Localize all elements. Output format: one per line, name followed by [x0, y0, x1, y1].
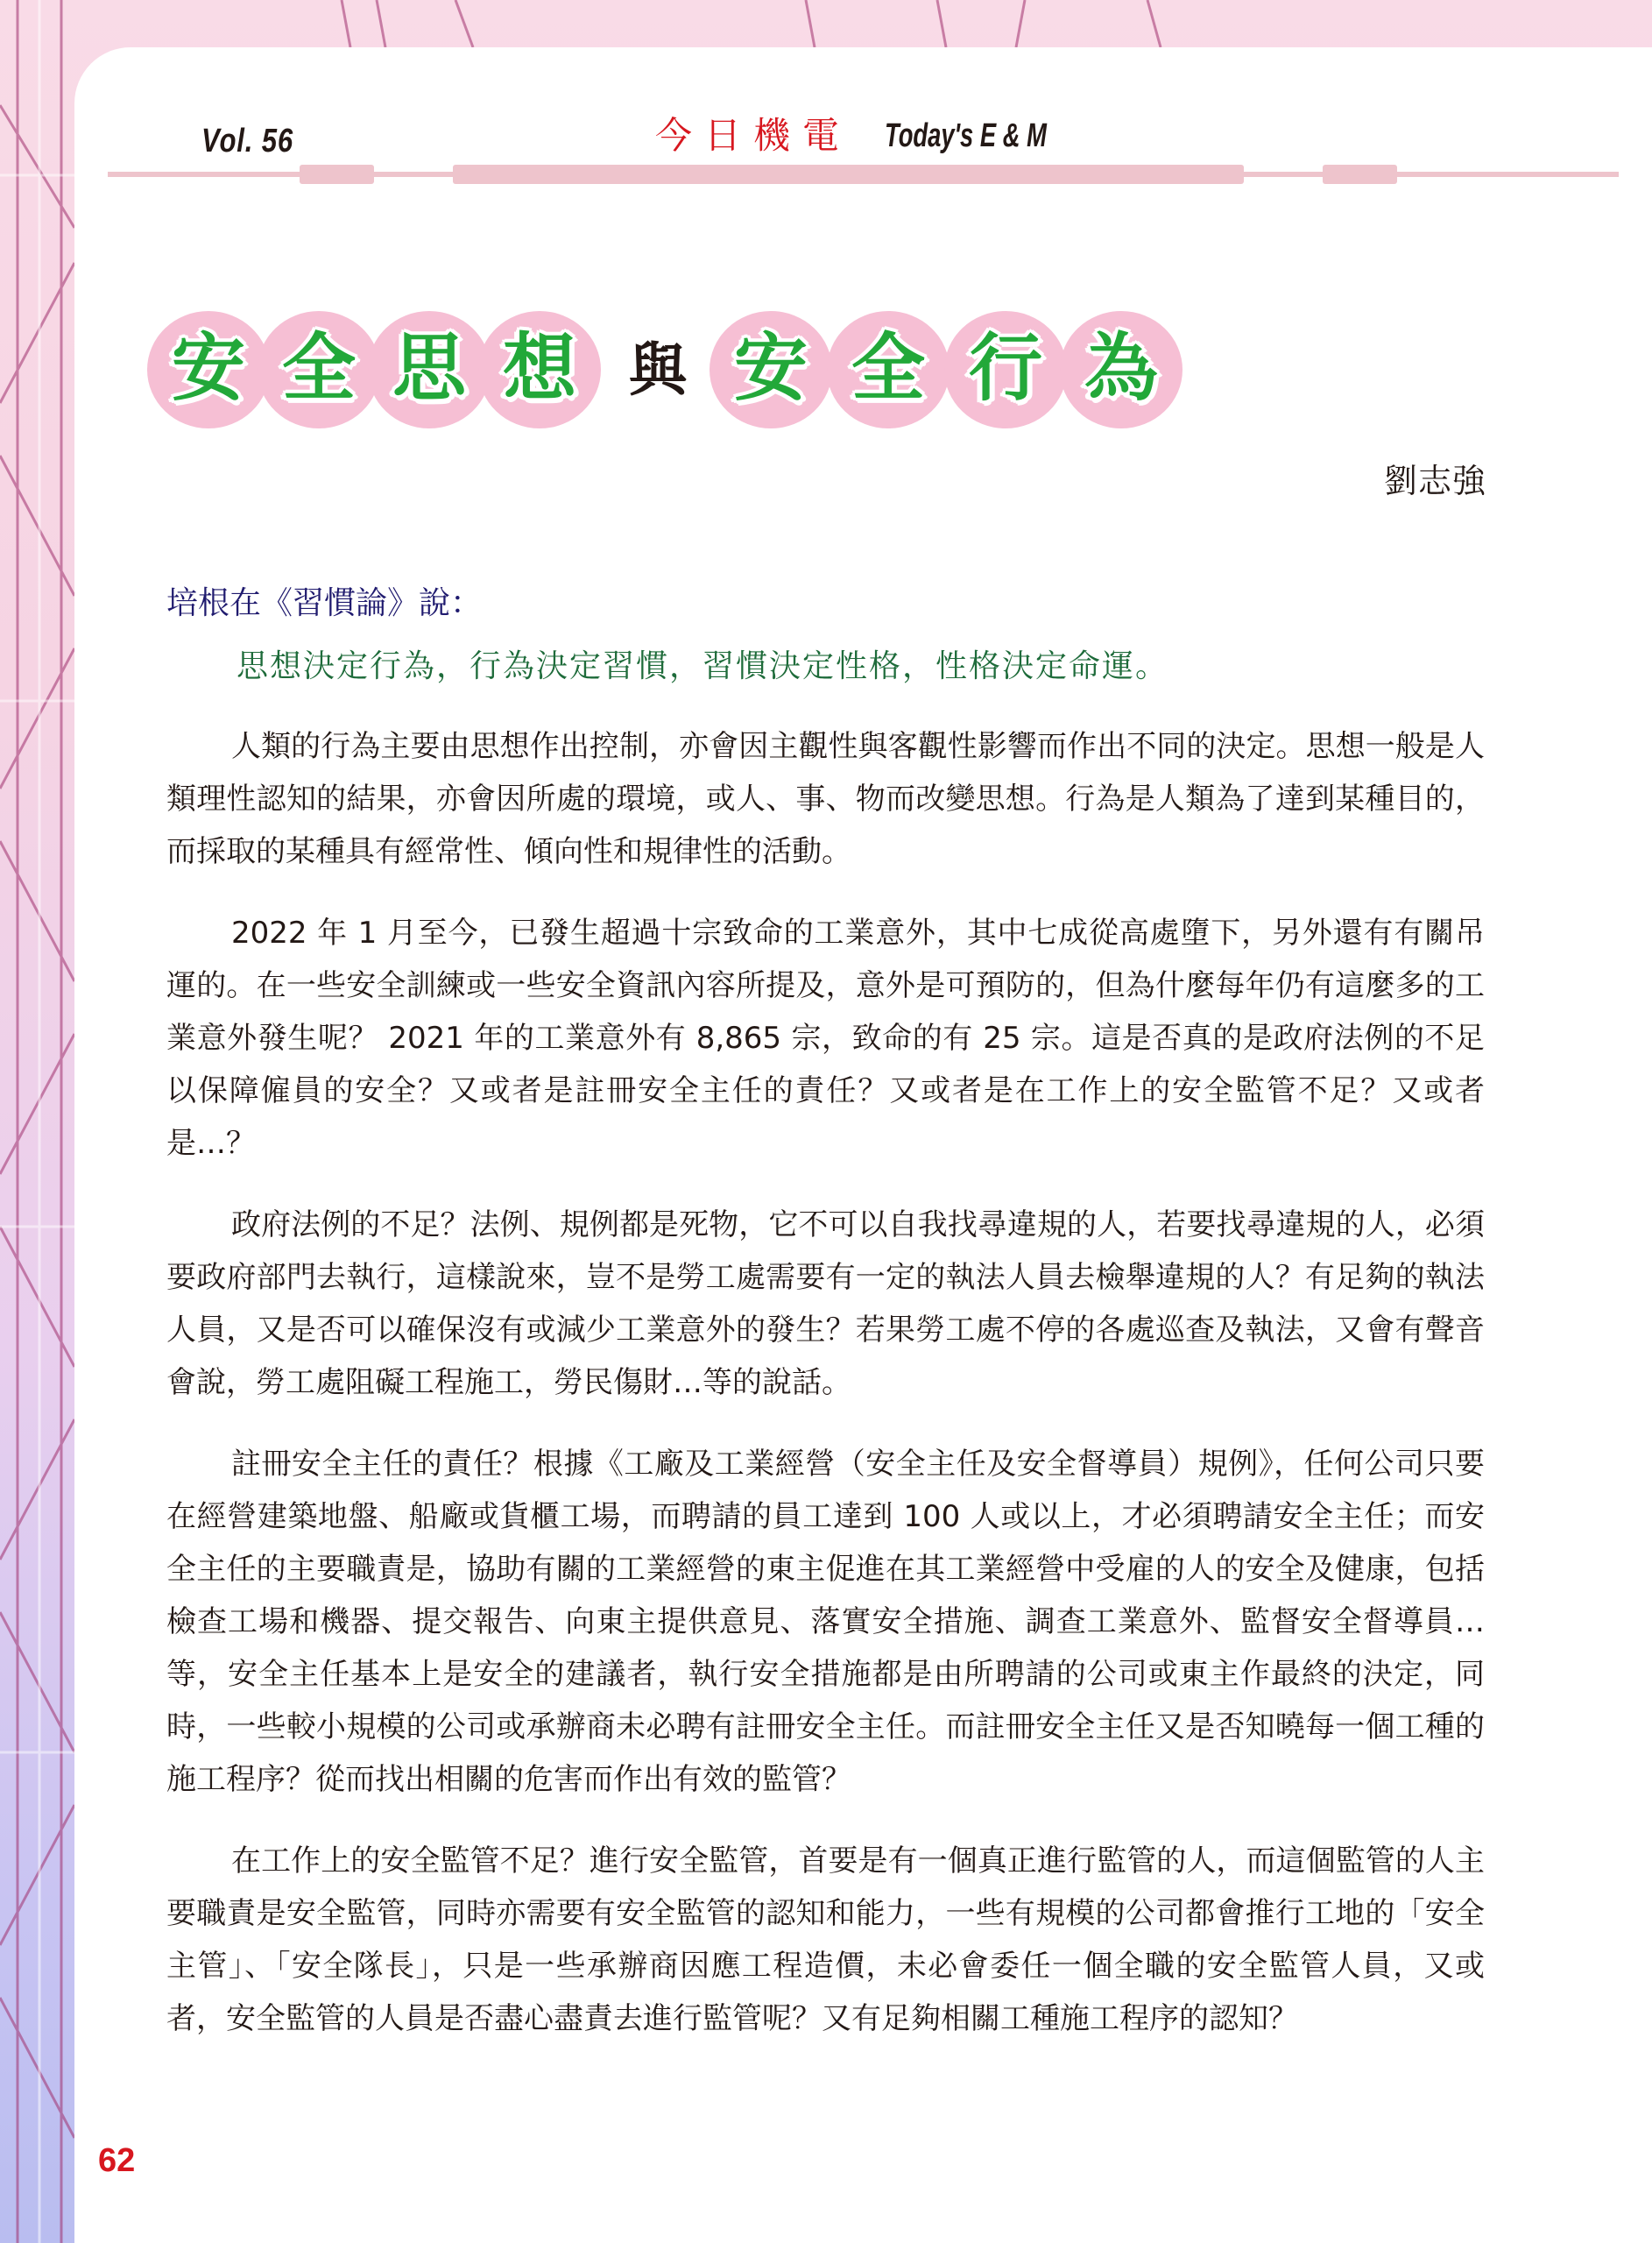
body-paragraph: 人類的行為主要由思想作出控制，亦會因主觀性與客觀性影響而作出不同的決定。思想一般… [166, 720, 1485, 878]
body-paragraph: 註冊安全主任的責任？根據《工廠及工業經營（安全主任及安全督導員）規例》，任何公司… [166, 1438, 1485, 1806]
title-char: 安 [710, 309, 832, 427]
intro-heading: 培根在《習慣論》說： [166, 578, 482, 623]
article-body: 人類的行為主要由思想作出控制，亦會因主觀性與客觀性影響而作出不同的決定。思想一般… [166, 720, 1485, 2074]
title-char: 安 [147, 309, 270, 427]
title-char: 思 [368, 309, 491, 427]
title-char: 行 [944, 309, 1067, 427]
body-paragraph: 在工作上的安全監管不足？進行安全監管，首要是有一個真正進行監管的人，而這個監管的… [166, 1835, 1485, 2045]
title-char: 想 [478, 309, 601, 427]
header-rule-pill [453, 165, 1244, 184]
title-char: 為 [1060, 309, 1183, 427]
magazine-title-en: Today's E & M [885, 117, 1047, 155]
volume-label: Vol. 56 [201, 123, 293, 160]
magazine-title-zh: 今日機電 [655, 107, 851, 159]
header-rule-pill [300, 165, 374, 184]
body-paragraph: 2022 年 1 月至今，已發生超過十宗致命的工業意外，其中七成從高處墮下，另外… [166, 907, 1485, 1170]
title-connector: 與 [628, 333, 688, 408]
body-paragraph: 政府法例的不足？法例、規例都是死物，它不可以自我找尋違規的人，若要找尋違規的人，… [166, 1199, 1485, 1409]
page-number: 62 [98, 2142, 135, 2180]
intro-quote: 思想決定行為，行為決定習慣，習慣決定性格，性格決定命運。 [237, 641, 1168, 686]
header-rule-pill [1323, 165, 1397, 184]
author-name: 劉志強 [1384, 454, 1486, 502]
title-char: 全 [258, 309, 380, 427]
title-char: 全 [827, 309, 950, 427]
